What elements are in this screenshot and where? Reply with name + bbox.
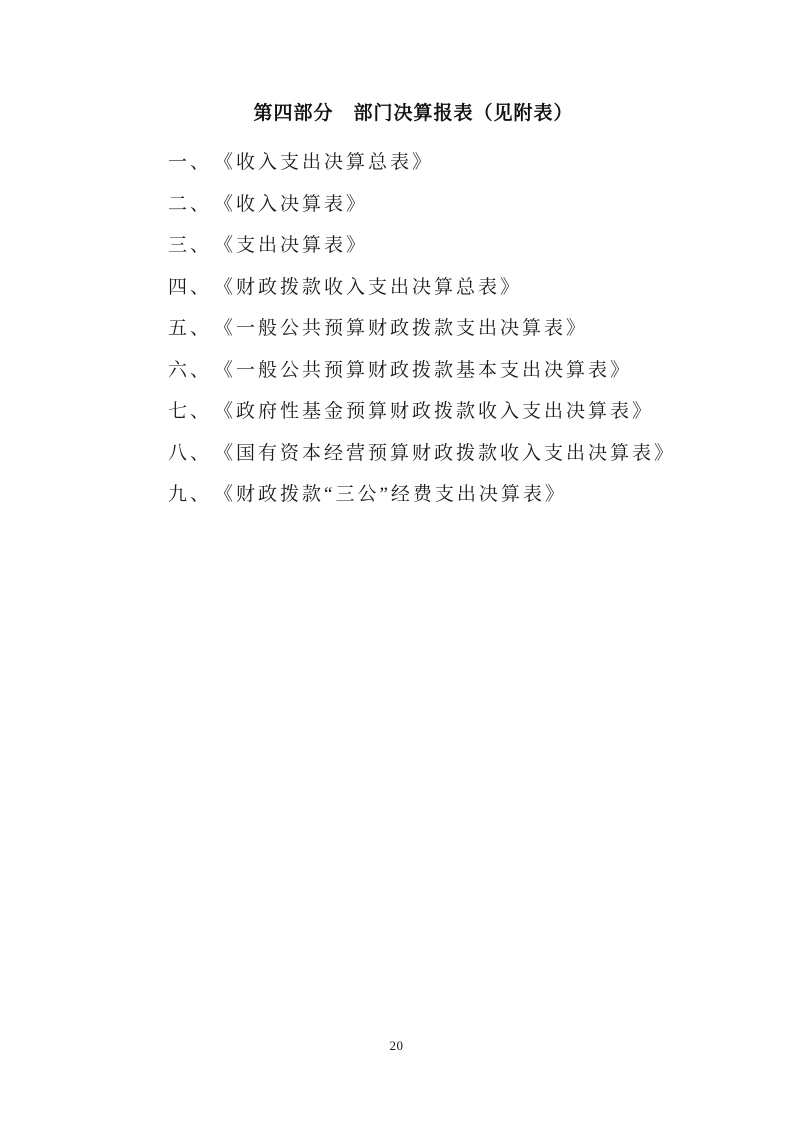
item-title: 《财政拨款“三公”经费支出决算表》 bbox=[214, 479, 567, 506]
page-title: 第四部分 部门决算报表（见附表） bbox=[0, 98, 793, 125]
list-item: 四、 《财政拨款收入支出决算总表》 bbox=[168, 265, 733, 307]
document-page: 第四部分 部门决算报表（见附表） 一、 《收入支出决算总表》 二、 《收入决算表… bbox=[0, 0, 793, 1122]
item-title: 《政府性基金预算财政拨款收入支出决算表》 bbox=[214, 396, 654, 423]
item-number: 八、 bbox=[168, 438, 212, 465]
item-title: 《收入支出决算总表》 bbox=[214, 147, 434, 174]
item-title: 《财政拨款收入支出决算总表》 bbox=[214, 272, 522, 299]
list-item: 二、 《收入决算表》 bbox=[168, 182, 733, 224]
item-title: 《收入决算表》 bbox=[214, 189, 368, 216]
item-title: 《一般公共预算财政拨款支出决算表》 bbox=[214, 313, 588, 340]
report-table-list: 一、 《收入支出决算总表》 二、 《收入决算表》 三、 《支出决算表》 四、 《… bbox=[168, 140, 733, 514]
item-title: 《支出决算表》 bbox=[214, 230, 368, 257]
list-item: 六、 《一般公共预算财政拨款基本支出决算表》 bbox=[168, 348, 733, 390]
item-number: 七、 bbox=[168, 396, 212, 423]
list-item: 一、 《收入支出决算总表》 bbox=[168, 140, 733, 182]
item-number: 九、 bbox=[168, 479, 212, 506]
list-item: 三、 《支出决算表》 bbox=[168, 223, 733, 265]
list-item: 九、 《财政拨款“三公”经费支出决算表》 bbox=[168, 472, 733, 514]
item-title: 《国有资本经营预算财政拨款收入支出决算表》 bbox=[214, 438, 676, 465]
item-number: 六、 bbox=[168, 355, 212, 382]
list-item: 七、 《政府性基金预算财政拨款收入支出决算表》 bbox=[168, 389, 733, 431]
list-item: 八、 《国有资本经营预算财政拨款收入支出决算表》 bbox=[168, 431, 733, 473]
item-number: 三、 bbox=[168, 230, 212, 257]
item-number: 五、 bbox=[168, 313, 212, 340]
page-number: 20 bbox=[0, 1038, 793, 1054]
item-number: 二、 bbox=[168, 189, 212, 216]
item-number: 一、 bbox=[168, 147, 212, 174]
list-item: 五、 《一般公共预算财政拨款支出决算表》 bbox=[168, 306, 733, 348]
item-number: 四、 bbox=[168, 272, 212, 299]
item-title: 《一般公共预算财政拨款基本支出决算表》 bbox=[214, 355, 632, 382]
